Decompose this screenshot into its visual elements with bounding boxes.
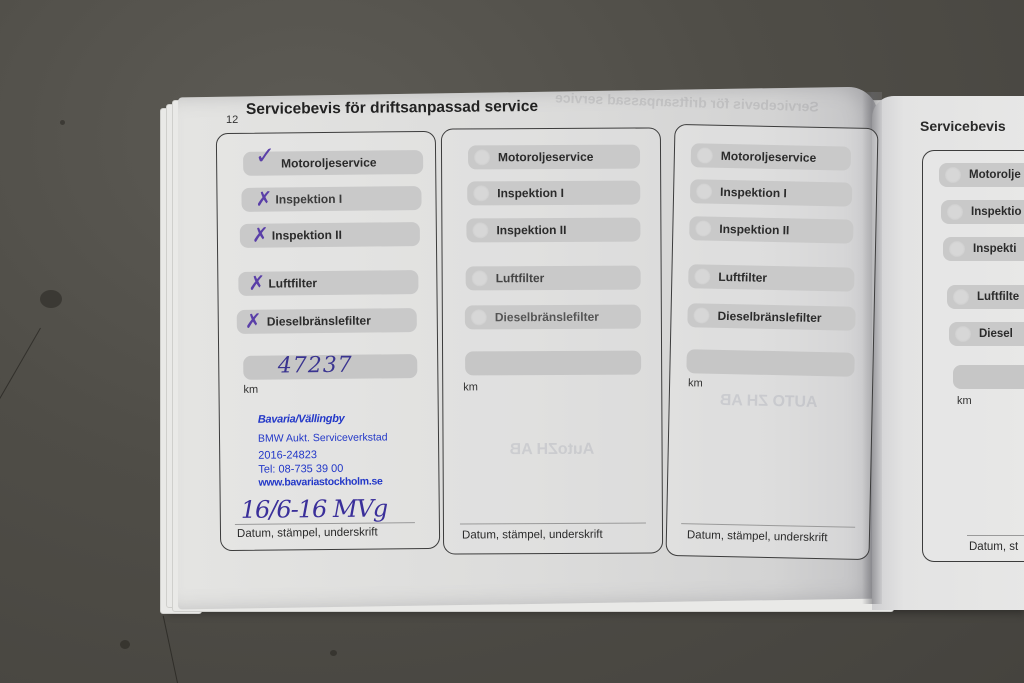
service-row-motoroljeservice[interactable]: Motoroljeservice: [691, 143, 851, 170]
empty-checkbox-icon: [695, 220, 711, 236]
page-number: 12: [226, 114, 238, 126]
km-field[interactable]: [953, 365, 1024, 389]
service-row-dieselbranslefilter[interactable]: ✗ Dieselbränslefilter: [237, 308, 417, 334]
service-row-luftfilter[interactable]: Luftfilter: [466, 266, 641, 291]
floor-spot: [60, 120, 65, 125]
handwritten-date-signature: 16/6-16 MVg: [241, 494, 388, 524]
service-row-dieselbranslefilter[interactable]: Dieselbränslefilter: [687, 303, 855, 331]
service-label: Inspektion I: [275, 192, 342, 207]
page-title: Servicebevis för driftsanpassad service: [246, 98, 538, 119]
empty-checkbox-icon: [694, 268, 710, 284]
service-label: Luftfilter: [496, 271, 545, 285]
service-row-inspektion-2[interactable]: Inspektion II: [689, 216, 853, 243]
km-label: km: [688, 377, 703, 389]
empty-checkbox-icon: [949, 241, 965, 257]
floor-spot: [330, 650, 337, 656]
service-row-inspektion-2[interactable]: ✗ Inspektion II: [240, 222, 420, 248]
signature-line: [681, 523, 855, 528]
km-label: km: [463, 381, 478, 393]
stamp-line: BMW Aukt. Serviceverkstad: [258, 431, 388, 445]
signature-caption: Datum, st: [969, 541, 1018, 553]
cross-mark-icon: ✗: [248, 273, 265, 293]
signature-line: [967, 535, 1024, 536]
service-row-luftfilter[interactable]: Luftfilte: [947, 285, 1024, 309]
cross-mark-icon: ✗: [255, 189, 272, 209]
service-row-dieselbranslefilter[interactable]: Dieselbränslefilter: [465, 305, 641, 330]
empty-checkbox-icon: [697, 147, 713, 163]
service-label: Inspektion II: [719, 222, 789, 237]
stamp-line: www.bavariastockholm.se: [258, 476, 388, 490]
service-label: Luftfilter: [718, 270, 767, 285]
floor-spot: [120, 640, 130, 649]
signature-caption: Datum, stämpel, underskrift: [237, 526, 378, 539]
empty-checkbox-icon: [945, 167, 961, 183]
stamp-dealer-name: Bavaria/Vällingby: [258, 412, 388, 427]
floor-crack: [163, 616, 179, 683]
service-label: Motoroljeservice: [281, 155, 377, 170]
service-row-inspektion-1[interactable]: ✗ Inspektion I: [241, 186, 421, 212]
empty-checkbox-icon: [474, 149, 490, 165]
km-value-handwritten: 47237: [213, 352, 417, 379]
km-label: km: [957, 395, 972, 407]
empty-checkbox-icon: [696, 183, 712, 199]
service-row-motoroljeservice[interactable]: ✓ Motoroljeservice: [243, 150, 423, 176]
bleed-through-stamp: AutoZH AB: [510, 441, 595, 459]
service-label: Diesel: [979, 328, 1013, 340]
service-row-dieselbranslefilter[interactable]: Diesel: [949, 322, 1024, 346]
floor-spot: [40, 290, 62, 308]
service-label: Inspektion I: [720, 185, 787, 200]
service-card-3: Motoroljeservice Inspektion I Inspektion…: [665, 124, 878, 560]
stamp-line: Tel: 08-735 39 00: [258, 462, 388, 477]
km-field[interactable]: [465, 351, 641, 376]
empty-checkbox-icon: [472, 222, 488, 238]
service-row-inspektion-2[interactable]: Inspektion II: [466, 218, 640, 243]
service-label: Dieselbränslefilter: [267, 314, 371, 329]
service-card-2: Motoroljeservice Inspektion I Inspektion…: [441, 127, 663, 554]
floor-crack: [0, 328, 41, 432]
service-row-inspektion-1[interactable]: Inspektion I: [467, 181, 640, 206]
service-row-motoroljeservice[interactable]: Motorolje: [939, 163, 1024, 187]
right-page-title: Servicebevis: [920, 118, 1006, 134]
service-label: Inspektion II: [496, 223, 566, 237]
km-field[interactable]: [686, 349, 854, 377]
right-page-service-card: Motorolje Inspektio Inspekti Luftfilte D…: [922, 150, 1024, 562]
empty-checkbox-icon: [953, 289, 969, 305]
service-label: Inspektion II: [272, 228, 342, 243]
service-label: Luftfilter: [268, 276, 317, 291]
empty-checkbox-icon: [947, 204, 963, 220]
service-label: Dieselbränslefilter: [717, 309, 821, 325]
signature-line: [460, 523, 646, 525]
service-row-inspektion-2[interactable]: Inspekti: [943, 237, 1024, 261]
empty-checkbox-icon: [473, 185, 489, 201]
cross-mark-icon: ✗: [245, 311, 262, 331]
check-mark-icon: ✓: [255, 144, 275, 168]
service-label: Motoroljeservice: [498, 150, 593, 164]
service-label: Motorolje: [969, 169, 1021, 181]
service-row-motoroljeservice[interactable]: Motoroljeservice: [468, 145, 640, 170]
service-row-luftfilter[interactable]: Luftfilter: [688, 264, 854, 291]
service-row-inspektion-1[interactable]: Inspektio: [941, 200, 1024, 224]
service-label: Inspektio: [971, 206, 1021, 218]
service-label: Dieselbränslefilter: [495, 310, 599, 325]
empty-checkbox-icon: [955, 326, 971, 342]
service-row-inspektion-1[interactable]: Inspektion I: [690, 179, 852, 206]
service-label: Inspekti: [973, 243, 1016, 255]
cross-mark-icon: ✗: [252, 225, 269, 245]
bleed-through-stamp: AUTO ZH AB: [720, 392, 818, 412]
service-row-luftfilter[interactable]: ✗ Luftfilter: [238, 270, 418, 296]
km-field[interactable]: 47237: [243, 354, 417, 380]
dealer-stamp: Bavaria/Vällingby BMW Aukt. Serviceverks…: [258, 412, 388, 490]
km-label: km: [243, 384, 258, 396]
empty-checkbox-icon: [693, 307, 709, 323]
service-label: Luftfilte: [977, 291, 1019, 303]
service-label: Motoroljeservice: [721, 149, 817, 165]
service-label: Inspektion I: [497, 186, 564, 200]
empty-checkbox-icon: [471, 309, 487, 325]
signature-caption: Datum, stämpel, underskrift: [687, 529, 828, 544]
service-card-1: ✓ Motoroljeservice ✗ Inspektion I ✗ Insp…: [216, 131, 440, 551]
stamp-line: 2016-24823: [258, 448, 388, 463]
empty-checkbox-icon: [472, 270, 488, 286]
signature-caption: Datum, stämpel, underskrift: [462, 529, 603, 542]
